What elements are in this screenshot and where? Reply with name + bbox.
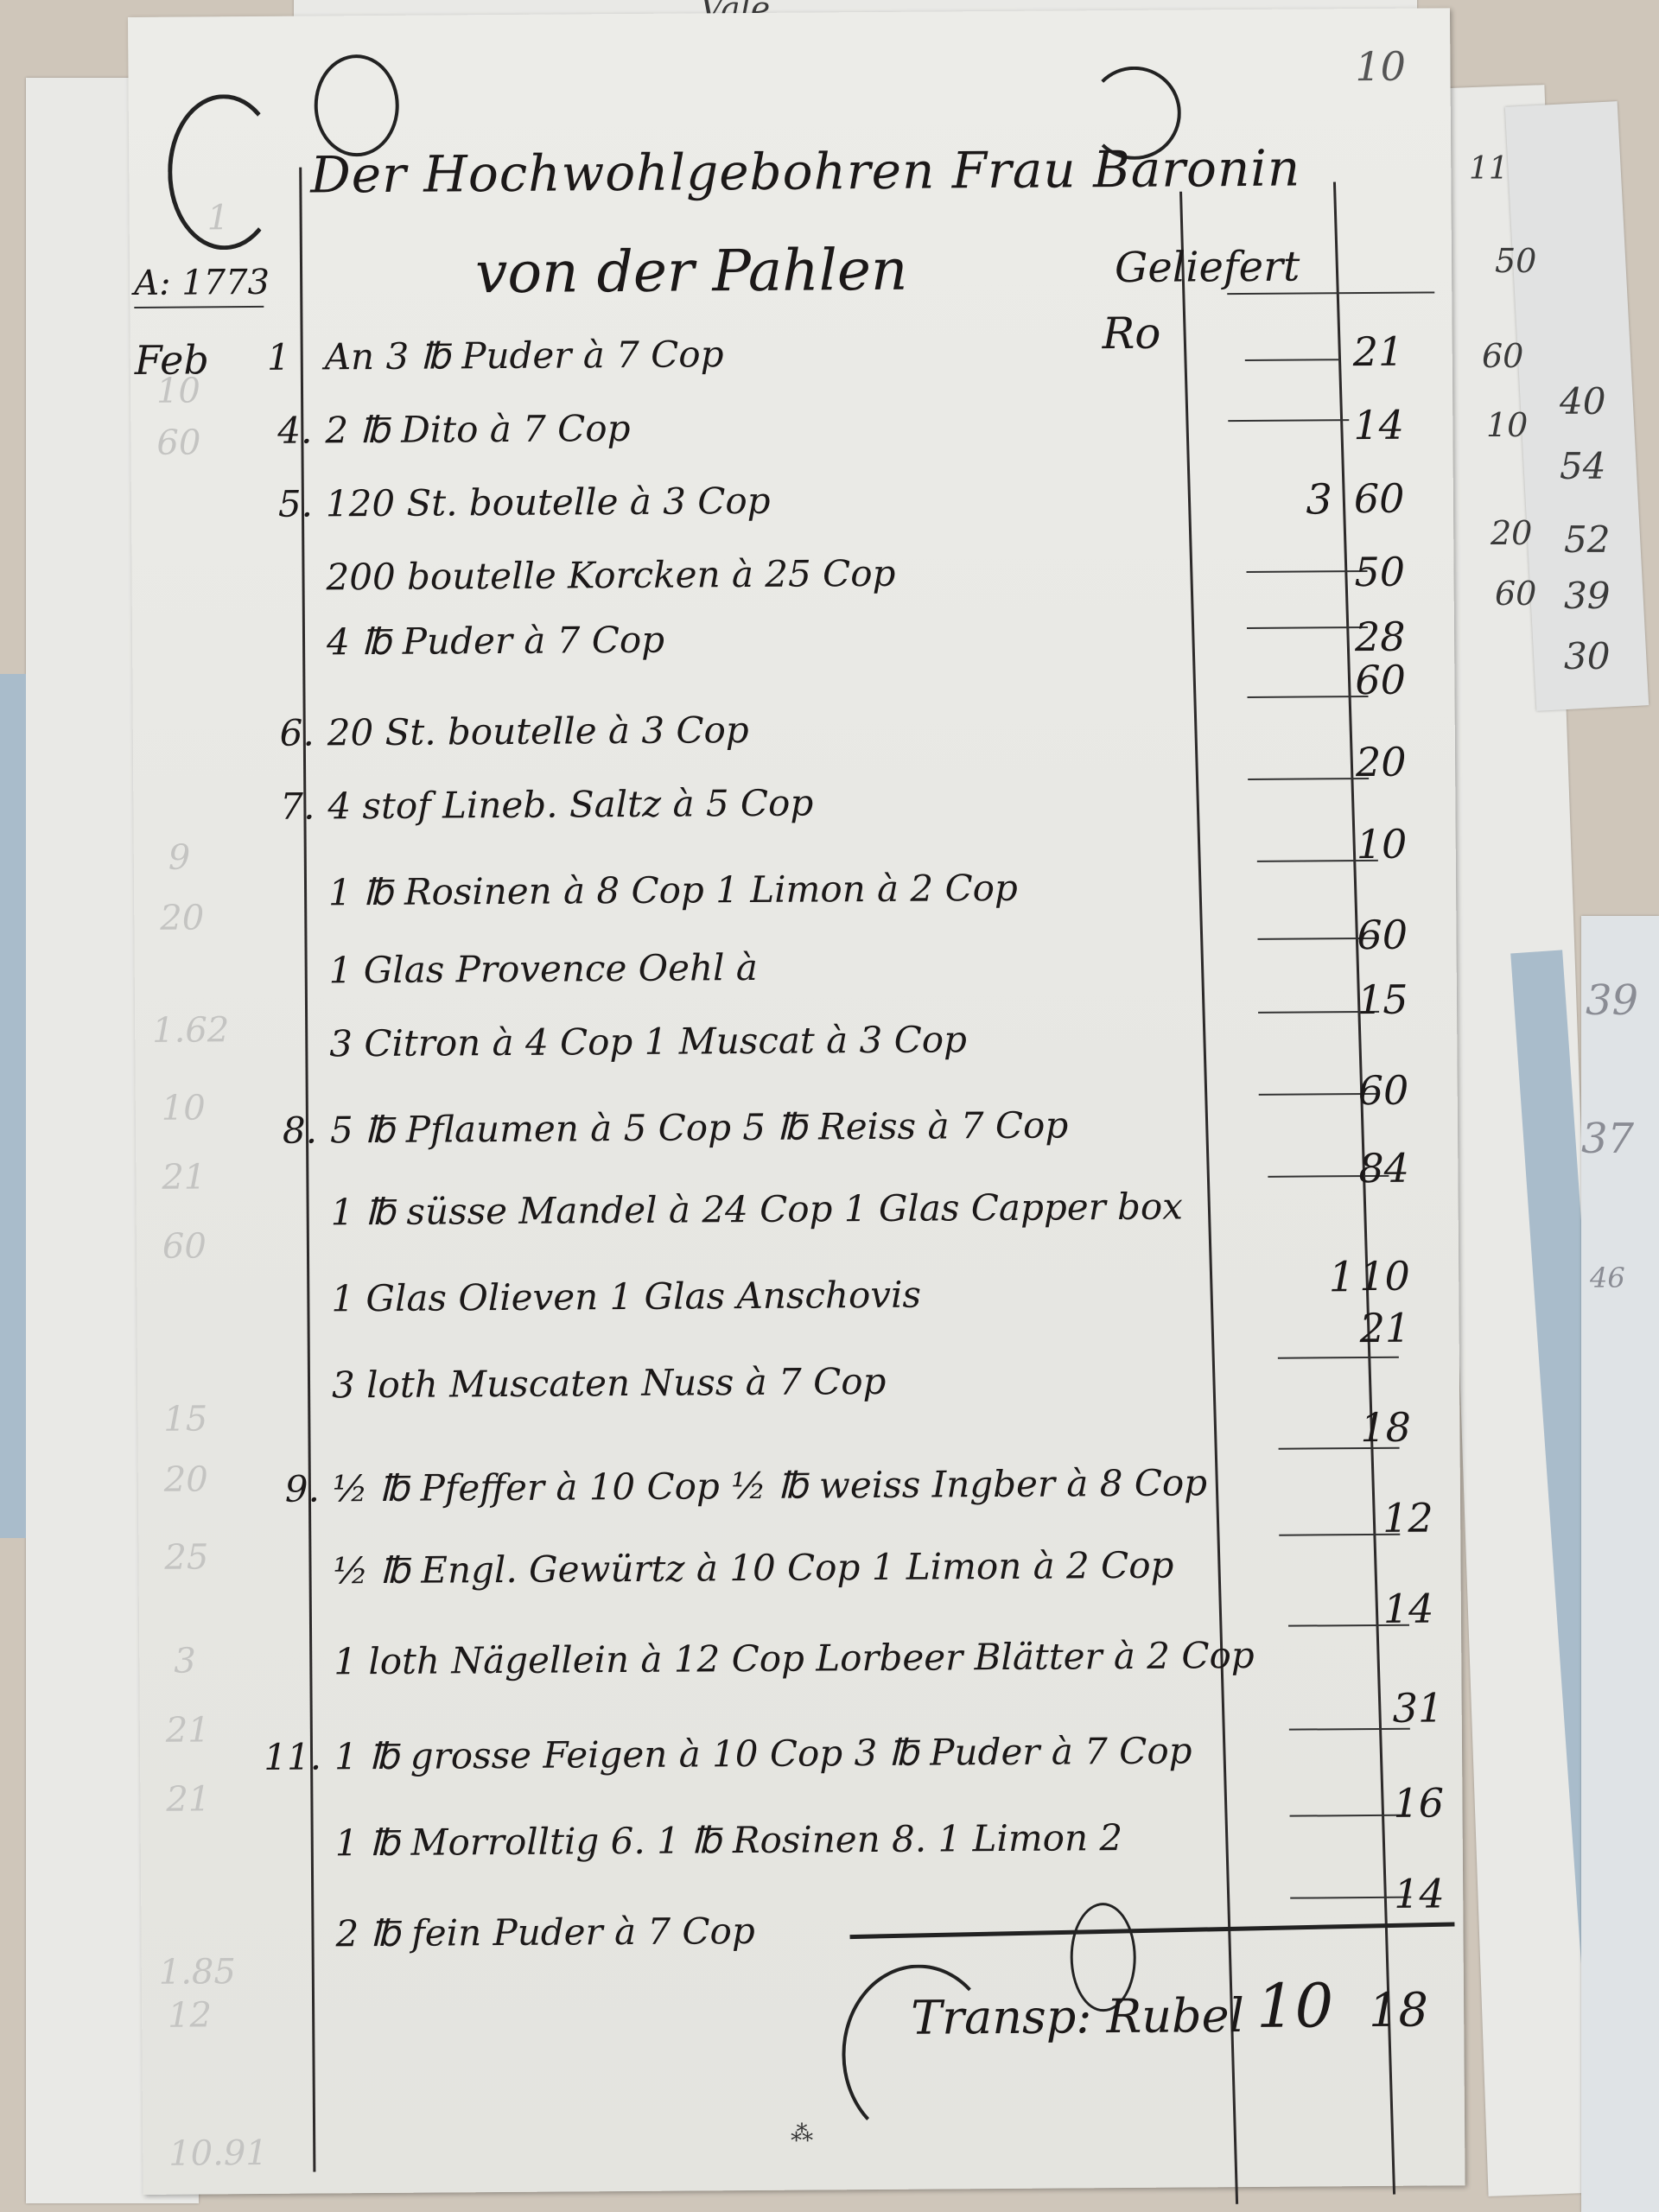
entry-kopeken: 20 (1356, 739, 1407, 785)
entry-day (245, 1821, 322, 1822)
year-label: A: 1773 (134, 263, 270, 303)
entry-description: 1 loth Nägellein à 12 Cop Lorbeer Blätte… (334, 1634, 1255, 1682)
entry-day: 6. (237, 712, 315, 755)
column-heading-delivered: Geliefert (1115, 243, 1300, 292)
entry-kopeken: 12 (1382, 1494, 1433, 1541)
entry-rule (1278, 1357, 1399, 1359)
bg-number: 10 (1486, 406, 1528, 444)
entry-description: 1 ℔ grosse Feigen à 10 Cop 3 ℔ Puder à 7… (334, 1729, 1192, 1777)
entry-rubel: 3 (1255, 475, 1332, 524)
entry-kopeken: 60 (1355, 657, 1406, 703)
ledger-row: 3 Citron à 4 Cop 1 Muscat à 3 Cop 15 (135, 1014, 1457, 1076)
ledger-row: 1 Glas Olieven 1 Glas Anschovis 1 10 (137, 1269, 1459, 1331)
entry-day (245, 1912, 322, 1913)
entry-kopeken: 14 (1394, 1870, 1445, 1916)
ledger-row: ½ ℔ Engl. Gewürtz à 10 Cop 1 Limon à 2 C… (138, 1541, 1460, 1603)
entry-description: 1 ℔ Morrolltig 6. 1 ℔ Rosinen 8. 1 Limon… (335, 1816, 1123, 1864)
entry-kopeken: 14 (1353, 402, 1404, 448)
entry-kopeken: 50 (1354, 549, 1405, 595)
ledger-row: 4. 2 ℔ Dito à 7 Cop 14 (130, 401, 1452, 462)
ledger-row: 3 loth Muscaten Nuss à 7 Cop 21 (137, 1356, 1459, 1417)
entry-rubel: 1 (1277, 1253, 1355, 1302)
ledger-row: 4 ℔ Puder à 7 Cop 28 (132, 613, 1454, 674)
ledger-page: 1 10 60 9 20 1.62 10 21 60 15 20 25 3 21… (128, 8, 1465, 2195)
bg-number: 39 (1586, 976, 1638, 1025)
entry-kopeken: 60 (1357, 912, 1408, 958)
entry-day (242, 1549, 320, 1550)
entry-day: 1 (247, 336, 290, 378)
header-flourish-loop (314, 54, 399, 157)
entry-day: 7. (237, 785, 315, 829)
entry-description: 2 ℔ fein Puder à 7 Cop (335, 1910, 755, 1955)
addressee-line: Der Hochwohlgebohren Frau Baronin (310, 139, 1300, 205)
entry-kopeken: 14 (1383, 1585, 1434, 1631)
ledger-row: 2 ℔ fein Puder à 7 Cop 14 (141, 1904, 1463, 1966)
entry-kopeken: 21 (1359, 1305, 1410, 1351)
bg-number: 39 (1564, 575, 1610, 617)
entry-description: 4 stof Lineb. Saltz à 5 Cop (327, 781, 813, 827)
entry-rule (1247, 570, 1368, 573)
entry-kopeken: 21 (1353, 328, 1404, 375)
entry-kopeken: 31 (1393, 1684, 1444, 1731)
ledger-row: 5. 120 St. boutelle à 3 Cop 3 60 (131, 474, 1453, 536)
entry-kopeken: 60 (1354, 475, 1405, 522)
entry-rule (1290, 1897, 1411, 1899)
total-kopeken: 18 (1369, 1983, 1428, 2037)
entry-day: 9. (242, 1467, 320, 1510)
entry-day (236, 621, 314, 622)
entry-kopeken: 60 (1358, 1067, 1409, 1114)
entry-day (238, 1023, 316, 1024)
bg-number: 60 (1482, 337, 1523, 375)
entry-day: 5. (235, 483, 313, 526)
entry-day (238, 950, 316, 950)
entry-rule (1248, 778, 1369, 780)
entry-description: ½ ℔ Engl. Gewürtz à 10 Cop 1 Limon à 2 C… (333, 1544, 1173, 1592)
entry-kopeken: 84 (1358, 1145, 1409, 1192)
entry-description: 3 Citron à 4 Cop 1 Muscat à 3 Cop (329, 1018, 967, 1065)
entry-day (240, 1277, 318, 1278)
entry-day (243, 1640, 321, 1641)
header-underline (1227, 291, 1434, 295)
bg-number: 54 (1560, 445, 1605, 487)
entry-kopeken: 28 (1355, 613, 1406, 660)
entry-kopeken: 10 (1359, 1253, 1410, 1300)
entry-kopeken: 18 (1360, 1404, 1411, 1451)
entry-description: 20 St. boutelle à 3 Cop (327, 709, 749, 753)
entry-day (238, 872, 315, 873)
ledger-row: 1 loth Nägellein à 12 Cop Lorbeer Blätte… (139, 1632, 1461, 1694)
entry-rule (1289, 1728, 1410, 1731)
ledger-row: 6. 20 St. boutelle à 3 Cop 60 (133, 703, 1455, 765)
page-number: 10 (1355, 43, 1406, 90)
entry-day (241, 1363, 319, 1364)
bg-number: 40 (1560, 380, 1605, 423)
bg-number: 20 (1491, 514, 1532, 552)
background-paper-right-3 (1581, 916, 1659, 2212)
addressee-name: von der Pahlen (475, 237, 908, 306)
bg-number: 11 (1469, 151, 1509, 187)
bg-number: 52 (1564, 518, 1610, 561)
ghost-number: 12 (168, 1995, 212, 2035)
bg-number: 46 (1590, 1262, 1625, 1294)
ledger-row: 200 boutelle Korcken à 25 Cop 50 (131, 548, 1453, 609)
entry-day: 8. (239, 1109, 317, 1153)
ledger-row: 8. 5 ℔ Pflaumen à 5 Cop 5 ℔ Reiss à 7 Co… (136, 1101, 1458, 1162)
total-label: Transp: Rubel (911, 1988, 1244, 2045)
header-flourish-d (168, 94, 281, 251)
entry-rule (1247, 626, 1368, 629)
entry-description: 1 Glas Provence Oehl à (329, 946, 758, 991)
bg-number: 30 (1564, 635, 1610, 677)
entry-rule (1228, 419, 1349, 422)
ledger-row: 1 ℔ süsse Mandel à 24 Cop 1 Glas Capper … (136, 1183, 1458, 1244)
year-underline (134, 306, 264, 308)
entry-kopeken: 10 (1357, 821, 1408, 868)
bg-number: 60 (1495, 575, 1536, 613)
ledger-row: 9. ½ ℔ Pfeffer à 10 Cop ½ ℔ weiss Ingber… (138, 1459, 1460, 1521)
entry-description: 5 ℔ Pflaumen à 5 Cop 5 ℔ Reiss à 7 Cop (330, 1103, 1069, 1151)
bg-number: 50 (1495, 242, 1536, 280)
bg-number: 37 (1581, 1115, 1634, 1163)
ledger-row: 7. 4 stof Lineb. Saltz à 5 Cop 20 (133, 777, 1455, 838)
ledger-row: 1 ℔ Morrolltig 6. 1 ℔ Rosinen 8. 1 Limon… (141, 1814, 1463, 1875)
entry-rule (1245, 359, 1340, 361)
ledger-row: 1 Glas Provence Oehl à 60 (135, 941, 1457, 1002)
total-rubel: 10 (1256, 1970, 1334, 2042)
ink-blot: ⁂ (791, 2121, 813, 2147)
entry-day (235, 556, 313, 557)
ghost-number: 10.91 (168, 2133, 268, 2174)
entry-description: 3 loth Muscaten Nuss à 7 Cop (332, 1360, 887, 1406)
entry-description: 1 Glas Olieven 1 Glas Anschovis (331, 1274, 921, 1320)
ledger-row: 1 An 3 ℔ Puder à 7 Cop 21 (130, 327, 1452, 389)
ledger-row: 1 ℔ Rosinen à 8 Cop 1 Limon à 2 Cop 10 (134, 863, 1456, 925)
entry-day: 11. (244, 1735, 321, 1778)
entry-description: An 3 ℔ Puder à 7 Cop (325, 333, 724, 378)
entry-description: 1 ℔ süsse Mandel à 24 Cop 1 Glas Capper … (330, 1185, 1183, 1234)
entry-description: ½ ℔ Pfeffer à 10 Cop ½ ℔ weiss Ingber à … (333, 1461, 1208, 1510)
entry-description: 4 ℔ Puder à 7 Cop (327, 619, 664, 664)
entry-description: 1 ℔ Rosinen à 8 Cop 1 Limon à 2 Cop (328, 867, 1018, 914)
entry-day (239, 1192, 317, 1192)
entry-kopeken: 16 (1393, 1779, 1444, 1826)
entry-description: 2 ℔ Dito à 7 Cop (325, 407, 631, 451)
entry-kopeken: 15 (1357, 976, 1408, 1023)
background-blue-card-left (0, 674, 26, 1538)
entry-description: 120 St. boutelle à 3 Cop (326, 480, 771, 525)
ledger-row: 11. 1 ℔ grosse Feigen à 10 Cop 3 ℔ Puder… (140, 1727, 1462, 1789)
entry-day: 4. (234, 410, 312, 453)
entry-description: 200 boutelle Korcken à 25 Cop (326, 552, 895, 599)
